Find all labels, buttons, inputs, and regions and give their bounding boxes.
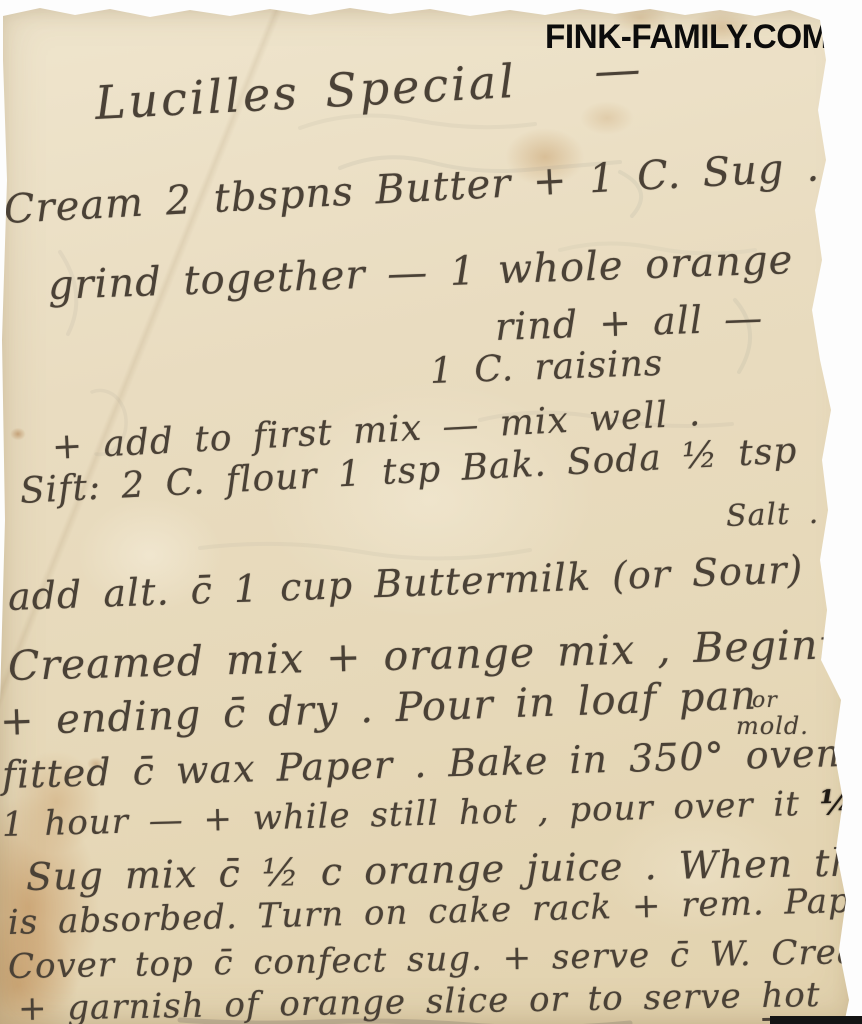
- underlined-hot: hot: [761, 975, 821, 1021]
- line-grind-together: grind together — 1 whole orange: [47, 240, 794, 306]
- watermark-text: FINK-FAMILY.COM: [545, 18, 829, 57]
- recipe-title-text: Lucilles Special: [94, 58, 518, 126]
- title-dash: —: [593, 45, 644, 94]
- recipe-title: Lucilles Special —: [94, 51, 645, 126]
- line-wax-paper-bake: fitted c̄ wax Paper . Bake in 350° oven: [2, 734, 842, 794]
- line-raisins: 1 C. raisins: [429, 346, 663, 390]
- line-buttermilk: add alt. c̄ 1 cup Buttermilk (or Sour) t…: [7, 548, 862, 616]
- line-cream-butter-sugar: Cream 2 tbspns Butter + 1 C. Sug .: [3, 147, 821, 230]
- scanned-recipe-page: FINK-FAMILY.COM Lucilles Special — Cream…: [0, 0, 862, 1024]
- line-or-annotation: or: [752, 690, 778, 712]
- line-salt: Salt .: [725, 499, 819, 532]
- line-rind-and-all: rind + all —: [494, 299, 763, 346]
- recipe-paper: FINK-FAMILY.COM Lucilles Special — Cream…: [0, 0, 862, 1024]
- line-garnish-serve-hot: + garnish of orange slice or to serve ho…: [18, 978, 821, 1024]
- bold-quarter-cup-brown: ¼ C Br: [819, 780, 862, 824]
- scan-edge-artifact: [770, 1016, 862, 1024]
